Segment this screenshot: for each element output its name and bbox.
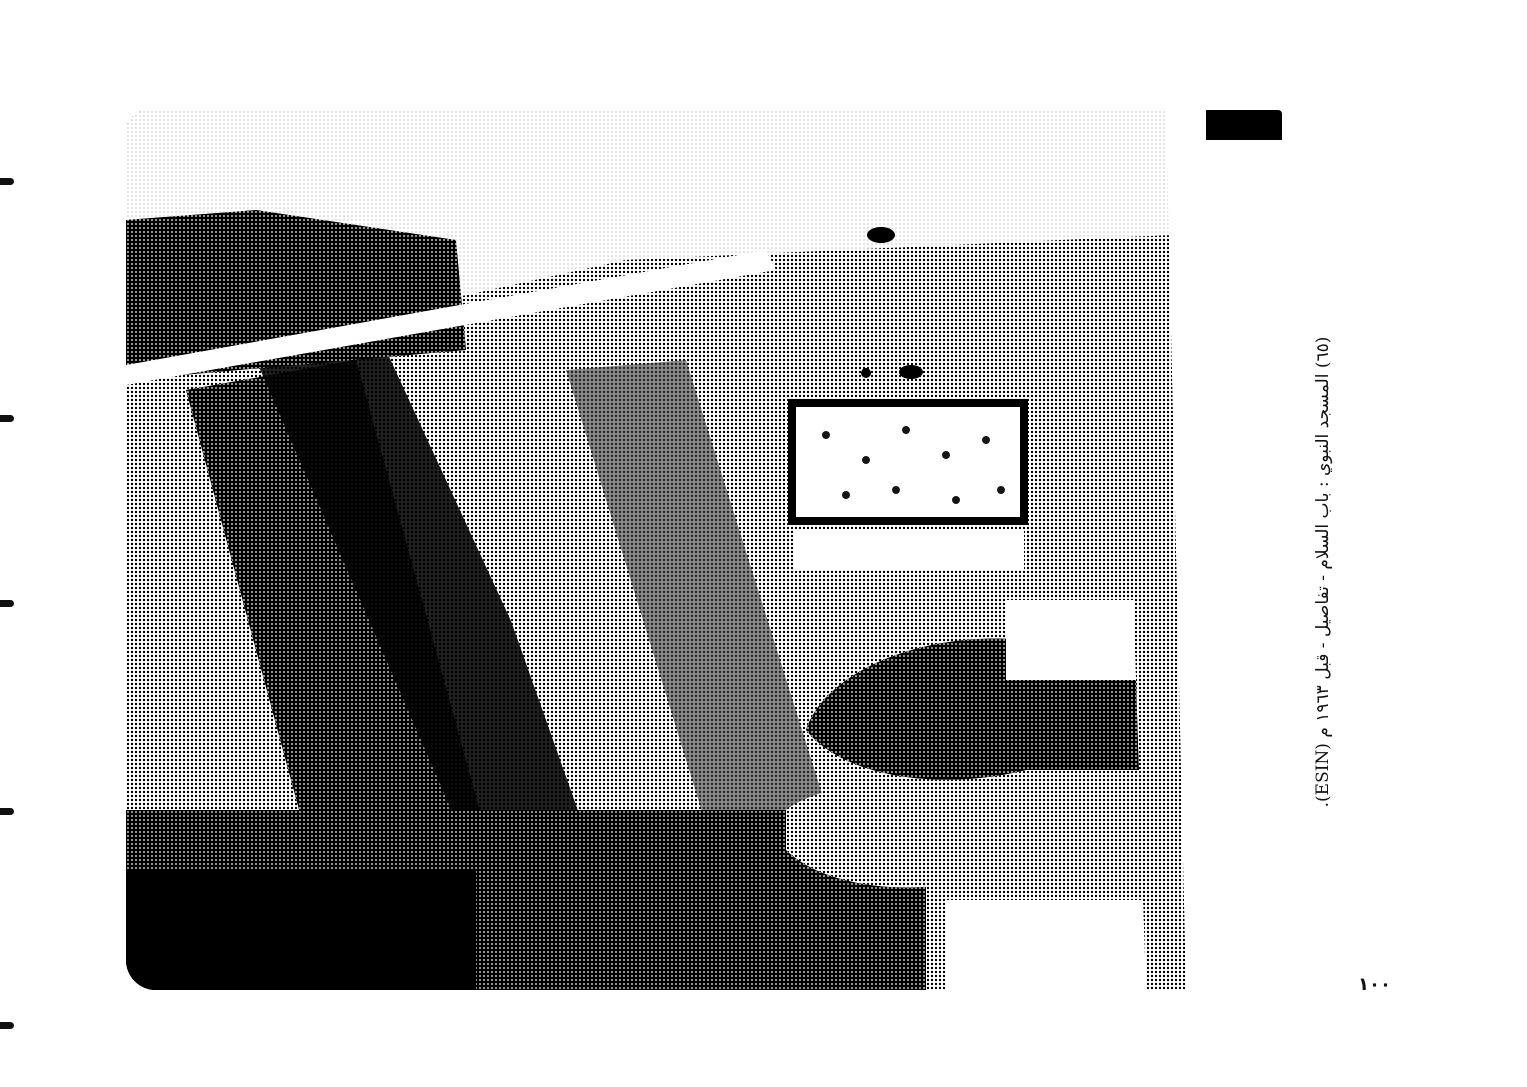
binding-mark [0,1022,14,1029]
binding-mark [0,808,14,815]
photo-illustration [126,110,1282,990]
page-number: ١٠٠ [1358,974,1391,995]
scanned-page: (٦٥) المسجد النبوي : باب السلام - تفاصيل… [0,0,1527,1087]
binding-mark [0,415,14,422]
binding-mark [0,178,14,185]
binding-mark [0,600,14,607]
figure-photograph [126,110,1282,990]
figure-caption: (٦٥) المسجد النبوي : باب السلام - تفاصيل… [1313,337,1333,808]
